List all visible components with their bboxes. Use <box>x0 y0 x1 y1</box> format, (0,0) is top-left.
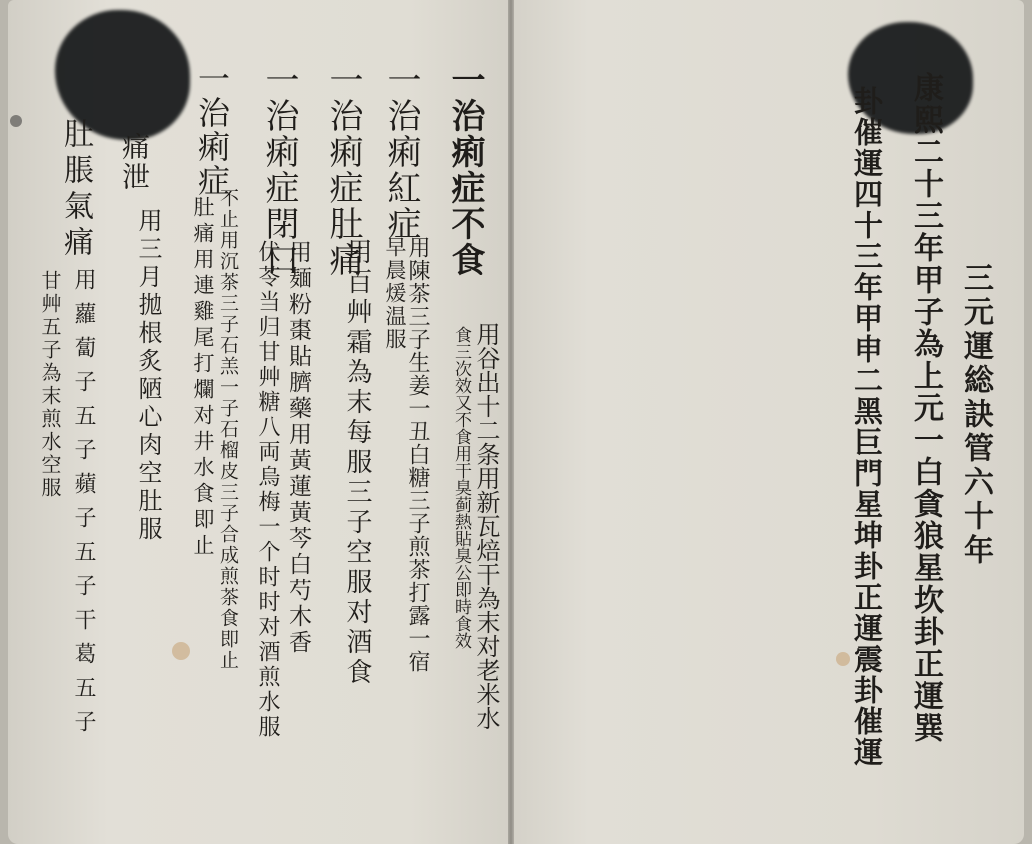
entry-note: 食三次效又不食用干臭蓟熱貼臭公即時食效 <box>452 326 469 649</box>
entry-title: 一治痢症 <box>196 62 228 198</box>
entry-text: 用蘿蔔子五子蘋子五子干葛五子 <box>72 268 94 744</box>
entry-title: 一治痢症不食 <box>448 62 482 278</box>
entry-title: 肚脹氣痛 <box>60 118 90 262</box>
entry-title: 痛泄 <box>120 132 148 192</box>
text-line: 康熙二十三年甲子為上元一白貪狼星坎卦正運巽 <box>910 72 940 744</box>
entry-note: 早晨煖温服 <box>384 236 405 351</box>
section-heading: 三元運総訣管六十年 <box>960 262 990 568</box>
entry-title: 一治痢紅症 <box>384 62 418 242</box>
entry-note: 甘艸五子為末煎水空服 <box>40 270 60 500</box>
text-line: 卦催運四十三年甲申二黑巨門星坤卦正運震卦催運 <box>852 86 881 768</box>
entry-text: 用三月拋根炙陋心肉空肚服 <box>136 208 160 544</box>
margin-dot <box>10 115 22 127</box>
book-gutter <box>508 0 514 844</box>
entry-text: 用百艸霜為末每服三子空服对酒食 <box>344 238 370 688</box>
entry-text: 用谷出十二条用新瓦焙干為末对老米水 <box>474 322 498 730</box>
stain <box>836 652 850 666</box>
entry-text: 不止用沉茶三子石羔一子石榴皮三子合成煎茶食即止 <box>218 188 237 671</box>
entry-text: 用陳茶三子生姜一丑白糖三子煎茶打露一宿 <box>406 236 428 673</box>
stain <box>172 642 190 660</box>
entry-note: 肚痛用連雞尾打爛对井水食即止 <box>192 196 213 560</box>
entry-text: 用麺粉棗貼臍藥用黃蓮黃芩白芍木香 <box>286 240 309 656</box>
entry-note: 伏苓当归甘艸糖八両烏梅一个时时对酒煎水服 <box>256 240 278 740</box>
